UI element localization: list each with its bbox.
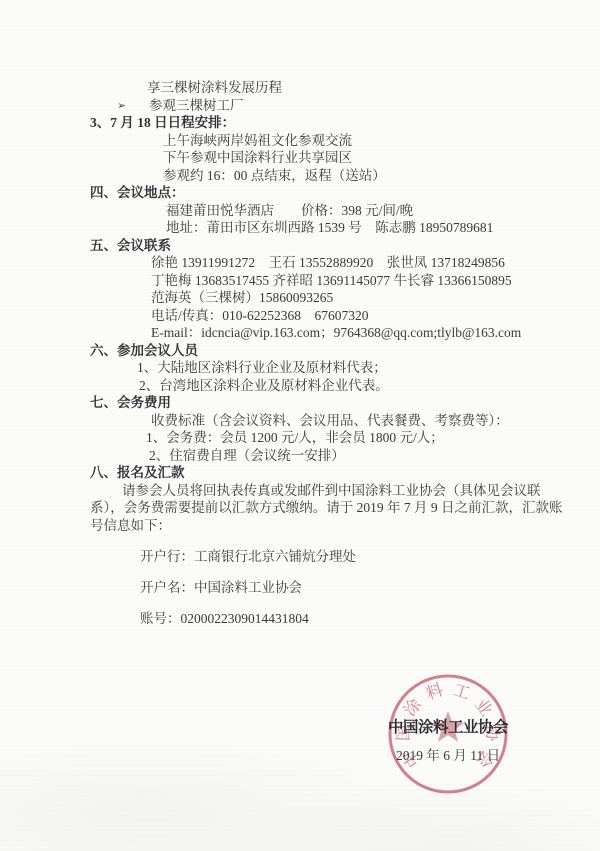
document-line-text: 参观三棵树工厂	[149, 98, 244, 113]
document-line: 徐艳 13911991272 王石 13552889920 张世凤 137182…	[90, 254, 550, 272]
document-line: ➢参观三棵树工厂	[90, 97, 550, 115]
document-line-text: 3、7 月 18 日日程安排：	[90, 115, 235, 130]
document-line-text: 2、住宿费自理（会议统一安排）	[149, 448, 345, 463]
document-line-text: 账号：0200022309014431804	[140, 611, 309, 626]
document-line: 八、报名及汇款	[90, 464, 550, 482]
document-line: 参观约 16：00 点结束，返程（送站）	[90, 167, 550, 185]
signature-date: 2019 年 6 月 11 日	[396, 744, 500, 764]
document-line-text: 范海英（三棵树）15860093265	[151, 290, 333, 305]
document-line-text: 电话/传真：010-62252368 67607320	[151, 308, 369, 323]
svg-text:料: 料	[424, 680, 446, 703]
document-line: 七、会务费用	[90, 394, 550, 412]
document-line: 五、会议联系	[90, 237, 550, 255]
document-line: 收费标准（含会议资料、会议用品、代表餐费、考察费等）：	[90, 412, 550, 430]
document-line-text: 享三棵树涂料发展历程	[147, 80, 282, 95]
document-line-text: 徐艳 13911991272 王石 13552889920 张世凤 137182…	[151, 255, 505, 270]
document-line: 账号：0200022309014431804	[90, 610, 550, 628]
document-line-text: 下午参观中国涂料行业共享园区	[163, 150, 352, 165]
document-line-text: 福建莆田悦华酒店 价格：398 元/间/晚	[166, 203, 413, 218]
document-line-text: 四、会议地点：	[90, 185, 185, 200]
document-line-text: 八、报名及汇款	[90, 465, 185, 480]
document-line-text: E-mail：idcncia@vip.163.com；9764368@qq.co…	[151, 325, 521, 340]
document-line-text: 七、会务费用	[90, 395, 171, 410]
document-line: 1、会务费：会员 1200 元/人，非会员 1800 元/人；	[90, 429, 550, 447]
document-line-text: 开户名：中国涂料工业协会	[140, 580, 302, 595]
document-line: 上午海峡两岸妈祖文化参观交流	[90, 132, 550, 150]
document-line: 请参会人员将回执表传真或发邮件到中国涂料工业协会（具体见会议联	[90, 482, 550, 500]
document-line: 开户名：中国涂料工业协会	[90, 579, 550, 597]
document-line-text: 地址：莆田市区东圳西路 1539 号 陈志鹏 18950789681	[166, 220, 493, 235]
scanned-document-page: 享三棵树涂料发展历程➢参观三棵树工厂3、7 月 18 日日程安排：上午海峡两岸妈…	[0, 0, 600, 851]
document-line-text: 收费标准（含会议资料、会议用品、代表餐费、考察费等）：	[151, 413, 509, 428]
document-line: 丁艳梅 13683517455 齐祥昭 13691145077 牛长睿 1336…	[90, 272, 550, 290]
document-line-text: 参观约 16：00 点结束，返程（送站）	[163, 168, 386, 183]
bullet-arrow-icon: ➢	[117, 98, 126, 116]
document-line-text: 请参会人员将回执表传真或发邮件到中国涂料工业协会（具体见会议联	[122, 483, 541, 498]
document-line: 福建莆田悦华酒店 价格：398 元/间/晚	[90, 202, 550, 220]
svg-text:工: 工	[451, 680, 472, 703]
document-line-text: 六、参加会议人员	[90, 343, 198, 358]
document-line: 1、大陆地区涂料行业企业及原材料代表；	[90, 359, 550, 377]
document-line: 2、台湾地区涂料企业及原材料企业代表。	[90, 377, 550, 395]
document-line: 四、会议地点：	[90, 184, 550, 202]
document-line-text: 丁艳梅 13683517455 齐祥昭 13691145077 牛长睿 1336…	[151, 273, 512, 288]
document-line-text: 上午海峡两岸妈祖文化参观交流	[163, 133, 352, 148]
document-line-text: 1、会务费：会员 1200 元/人，非会员 1800 元/人；	[146, 430, 444, 445]
document-line: 3、7 月 18 日日程安排：	[90, 114, 550, 132]
document-line-text: 号信息如下：	[90, 518, 171, 533]
document-line: 号信息如下：	[90, 517, 550, 535]
document-line: 地址：莆田市区东圳西路 1539 号 陈志鹏 18950789681	[90, 219, 550, 237]
document-body: 享三棵树涂料发展历程➢参观三棵树工厂3、7 月 18 日日程安排：上午海峡两岸妈…	[90, 79, 550, 627]
document-line: E-mail：idcncia@vip.163.com；9764368@qq.co…	[90, 324, 550, 342]
document-line: 2、住宿费自理（会议统一安排）	[90, 447, 550, 465]
document-line: 开户行：工商银行北京六铺炕分理处	[90, 548, 550, 566]
document-line: 电话/传真：010-62252368 67607320	[90, 307, 550, 325]
document-line: 享三棵树涂料发展历程	[90, 79, 550, 97]
document-line-text: 五、会议联系	[90, 238, 171, 253]
document-line-text: 系），会务费需要提前以汇款方式缴纳。请于 2019 年 7 月 9 日之前汇款，…	[90, 500, 563, 515]
document-line: 六、参加会议人员	[90, 342, 550, 360]
document-line: 范海英（三棵树）15860093265	[90, 289, 550, 307]
document-line: 系），会务费需要提前以汇款方式缴纳。请于 2019 年 7 月 9 日之前汇款，…	[90, 499, 550, 517]
signature-org-name: 中国涂料工业协会	[388, 715, 508, 737]
document-line-text: 2、台湾地区涂料企业及原材料企业代表。	[139, 378, 389, 393]
document-line-text: 开户行：工商银行北京六铺炕分理处	[140, 549, 356, 564]
document-line-text: 1、大陆地区涂料行业企业及原材料代表；	[137, 360, 387, 375]
document-line: 下午参观中国涂料行业共享园区	[90, 149, 550, 167]
